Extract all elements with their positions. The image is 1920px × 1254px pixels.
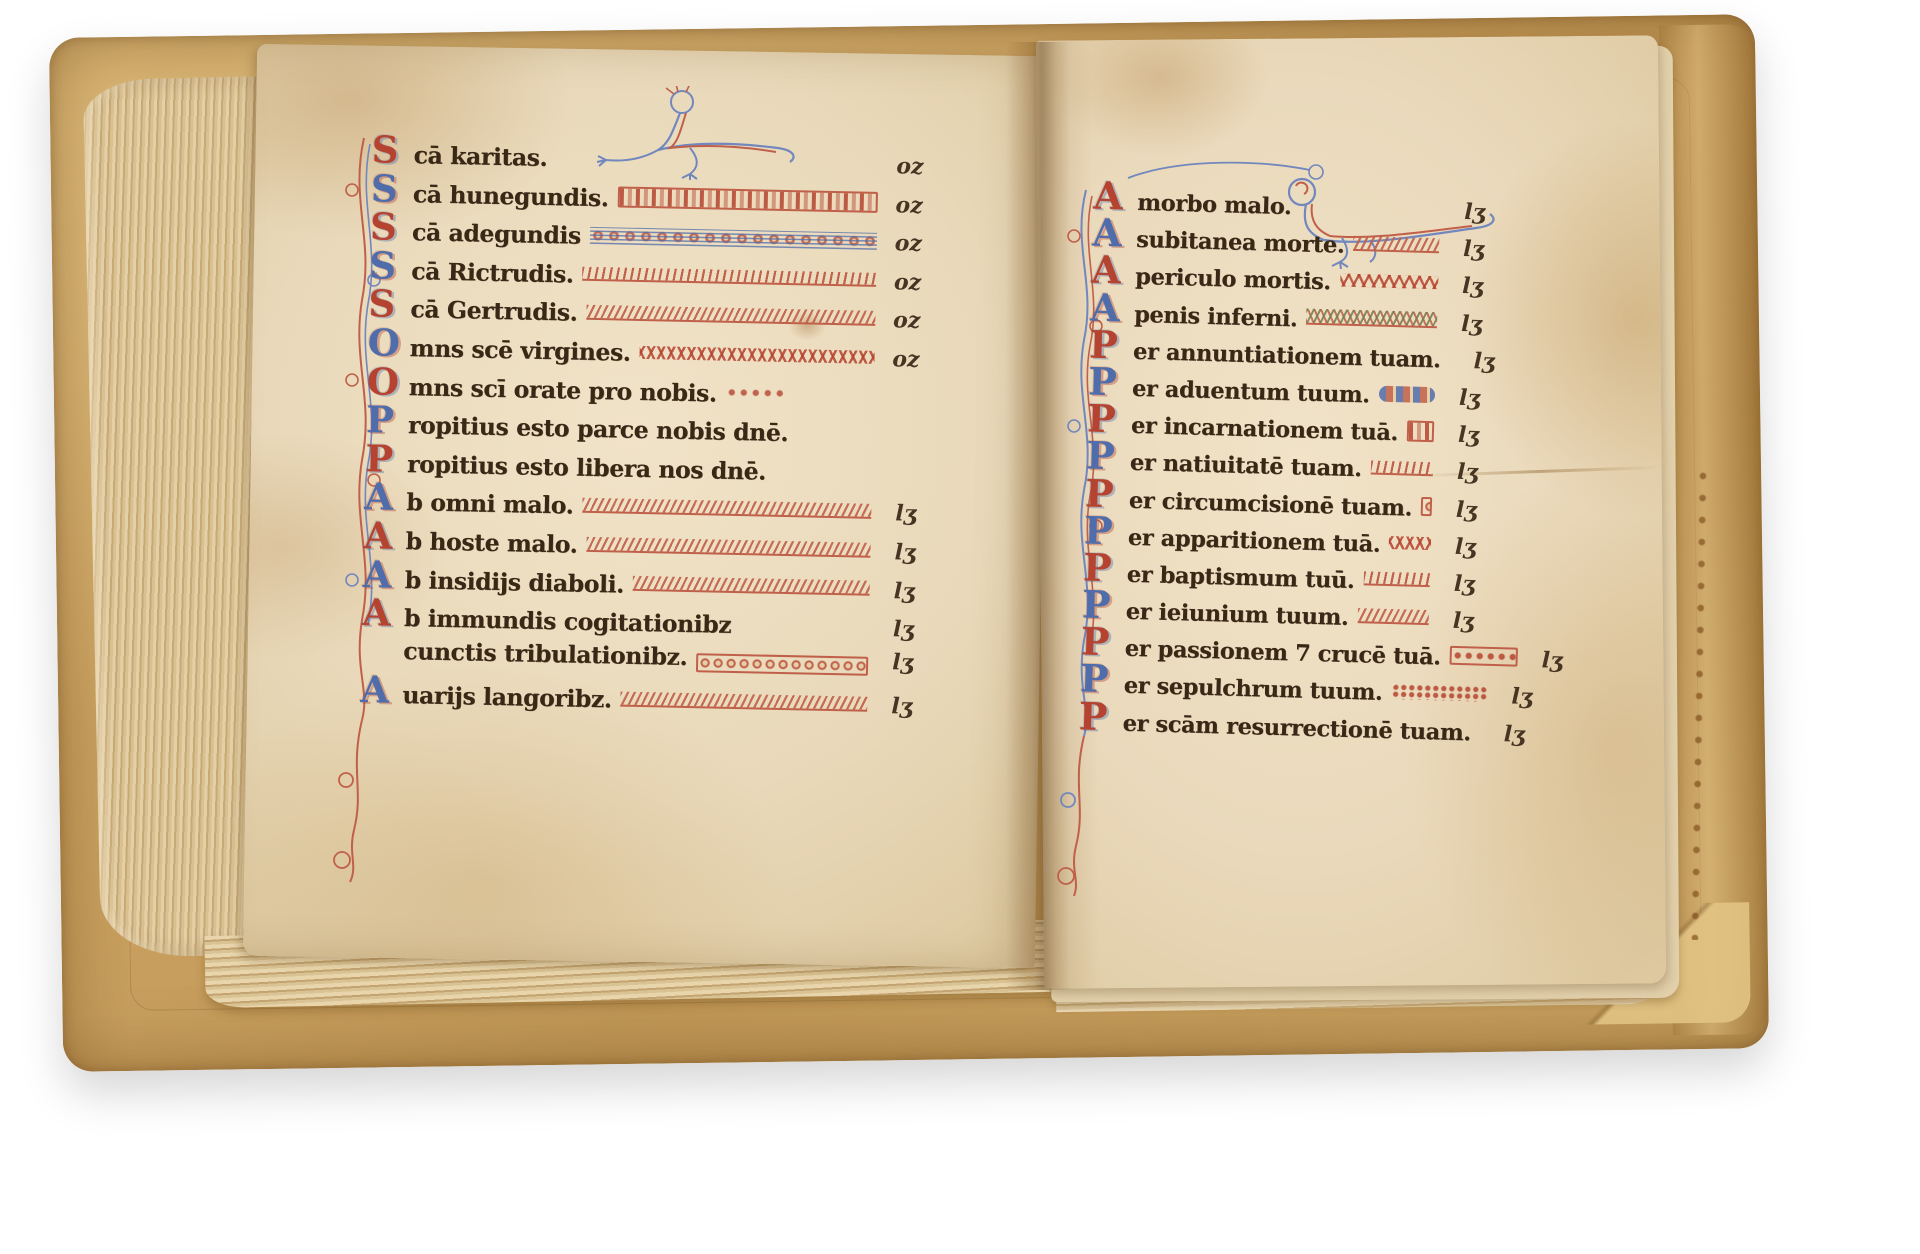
decorated-initial: P <box>1088 367 1133 398</box>
litany-text: cā Gertrudis. <box>410 296 578 327</box>
response-mark: lʒ <box>1444 384 1481 411</box>
litany-text: uarijs langoribz. <box>402 681 612 713</box>
line-filler <box>586 305 875 326</box>
line-filler <box>582 498 871 519</box>
response-mark: lʒ <box>1439 533 1476 560</box>
litany-text: b insidijs diaboli. <box>405 566 625 599</box>
response-mark: lʒ <box>1440 496 1477 523</box>
decorated-initial: P <box>1078 701 1123 732</box>
litany-text: periculo mortis. <box>1135 264 1331 295</box>
litany-text: penis inferni. <box>1134 301 1298 332</box>
line-filler <box>617 187 878 213</box>
response-mark: lʒ <box>878 616 915 643</box>
line-filler <box>582 267 876 287</box>
litany-text: er aduentum tuum. <box>1132 376 1370 409</box>
decorated-initial: A <box>1093 181 1138 212</box>
line-filler <box>621 692 868 712</box>
litany-text: b hoste malo. <box>405 527 577 559</box>
response-mark: lʒ <box>1447 273 1484 300</box>
response-mark: lʒ <box>1526 647 1563 674</box>
left-page-text: Scā karitas.oz Scā hunegundis.oz Scā ade… <box>360 134 924 724</box>
line-filler <box>1421 496 1432 515</box>
litany-text: morbo malo. <box>1137 190 1292 220</box>
decorated-initial: P <box>366 404 409 435</box>
decorated-initial: P <box>365 443 408 474</box>
litany-text: er circumcisionē tuam. <box>1129 487 1413 521</box>
decorated-initial: A <box>362 597 405 628</box>
decorated-initial: P <box>1080 664 1125 695</box>
response-mark: oz <box>883 346 920 373</box>
response-mark <box>882 443 918 444</box>
response-mark <box>881 482 917 483</box>
decorated-initial: P <box>1089 329 1134 360</box>
decorated-initial <box>361 658 403 659</box>
decorated-initial: A <box>1091 255 1136 286</box>
decorated-initial: P <box>1087 404 1132 435</box>
decorated-initial: O <box>367 366 410 397</box>
decorated-initial: P <box>1081 627 1126 658</box>
line-filler <box>1407 421 1435 443</box>
litany-text: er baptismum tuū. <box>1127 562 1355 594</box>
decorated-initial: S <box>368 289 411 320</box>
line-filler <box>1357 608 1429 625</box>
litany-text: cunctis tribulationibz. <box>403 637 688 671</box>
decorated-initial: S <box>371 134 414 165</box>
response-mark: lʒ <box>1496 684 1533 711</box>
response-mark: lʒ <box>1448 236 1485 263</box>
litany-text: subitanea morte. <box>1136 227 1345 259</box>
litany-text: er natiuitatē tuam. <box>1130 450 1362 482</box>
litany-text: er apparitionem tuā. <box>1128 524 1381 557</box>
litany-text: er incarnationem tuā. <box>1131 413 1399 446</box>
decorated-initial: P <box>1086 441 1131 472</box>
decorated-initial: A <box>363 520 406 551</box>
line-filler <box>633 576 870 596</box>
response-mark: oz <box>886 230 923 257</box>
litany-text: b omni malo. <box>406 488 574 519</box>
decorated-initial: A <box>1090 292 1135 323</box>
response-mark: oz <box>887 153 924 180</box>
decorated-initial: P <box>1083 552 1128 583</box>
litany-text: mns scē virgines. <box>409 334 631 367</box>
litany-text: ropitius esto parce nobis dnē. <box>408 411 789 447</box>
decorated-initial: A <box>364 482 407 513</box>
line-filler <box>639 346 874 364</box>
decorated-initial: O <box>367 327 410 358</box>
manuscript-photo: Scā karitas.oz Scā hunegundis.oz Scā ade… <box>0 0 1920 1254</box>
line-filler <box>1363 572 1430 588</box>
line-filler <box>1391 683 1487 702</box>
response-mark: lʒ <box>878 578 915 605</box>
litany-text: er scām resurrectionē tuam. <box>1122 710 1471 746</box>
response-mark: lʒ <box>1443 422 1480 449</box>
decorated-initial: A <box>1092 218 1137 249</box>
line-filler <box>1340 274 1439 290</box>
litany-text: b immundis cogitationibz <box>404 604 732 639</box>
line-filler <box>726 387 784 399</box>
decorated-initial: A <box>360 674 403 705</box>
response-mark: lʒ <box>876 693 913 720</box>
gutter-shadow <box>1006 42 1070 990</box>
response-mark <box>792 403 828 404</box>
response-mark: lʒ <box>1458 348 1495 375</box>
response-mark: lʒ <box>1446 310 1483 337</box>
litany-text: cā adegundis <box>412 218 581 250</box>
litany-text: er ieiunium tuum. <box>1125 599 1348 631</box>
decorated-initial: S <box>369 250 412 281</box>
response-mark: lʒ <box>1442 459 1479 486</box>
litany-text: cā Rictrudis. <box>411 257 574 288</box>
line-filler <box>1370 460 1433 476</box>
line-filler <box>1353 236 1439 253</box>
decorated-initial: S <box>370 211 413 242</box>
response-mark: lʒ <box>1437 607 1474 634</box>
litany-text: er sepulchrum tuum. <box>1123 673 1382 706</box>
litany-text: ropitius esto libera nos dnē. <box>407 450 766 486</box>
line-filler <box>1389 536 1431 550</box>
right-page-text: Amorbo malo.lʒ Asubitanea morte.lʒ Aperi… <box>1078 181 1485 750</box>
decorated-initial: A <box>363 559 406 590</box>
decorated-initial: S <box>371 173 414 204</box>
decorated-initial: P <box>1084 515 1129 546</box>
response-mark: oz <box>885 269 922 296</box>
response-mark: lʒ <box>879 539 916 566</box>
response-mark: oz <box>886 192 923 219</box>
decorated-initial: P <box>1082 590 1127 621</box>
litany-text: er annuntiationem tuam. <box>1133 339 1441 374</box>
litany-text: cā hunegundis. <box>413 180 609 212</box>
line-filler <box>1449 646 1518 667</box>
line-filler <box>586 537 870 558</box>
litany-text: cā karitas. <box>413 141 547 172</box>
response-mark: lʒ <box>1488 721 1525 748</box>
line-filler <box>1306 309 1437 329</box>
line-filler <box>590 227 878 250</box>
decorated-initial: P <box>1085 478 1130 509</box>
response-mark: lʒ <box>1449 199 1486 226</box>
response-mark: lʒ <box>880 500 917 527</box>
response-mark: lʒ <box>1438 570 1475 597</box>
line-filler <box>1379 385 1436 403</box>
response-mark: lʒ <box>877 649 914 676</box>
response-mark: oz <box>884 307 921 334</box>
line-filler <box>696 653 868 676</box>
litany-text: mns scī orate pro nobis. <box>409 373 717 407</box>
